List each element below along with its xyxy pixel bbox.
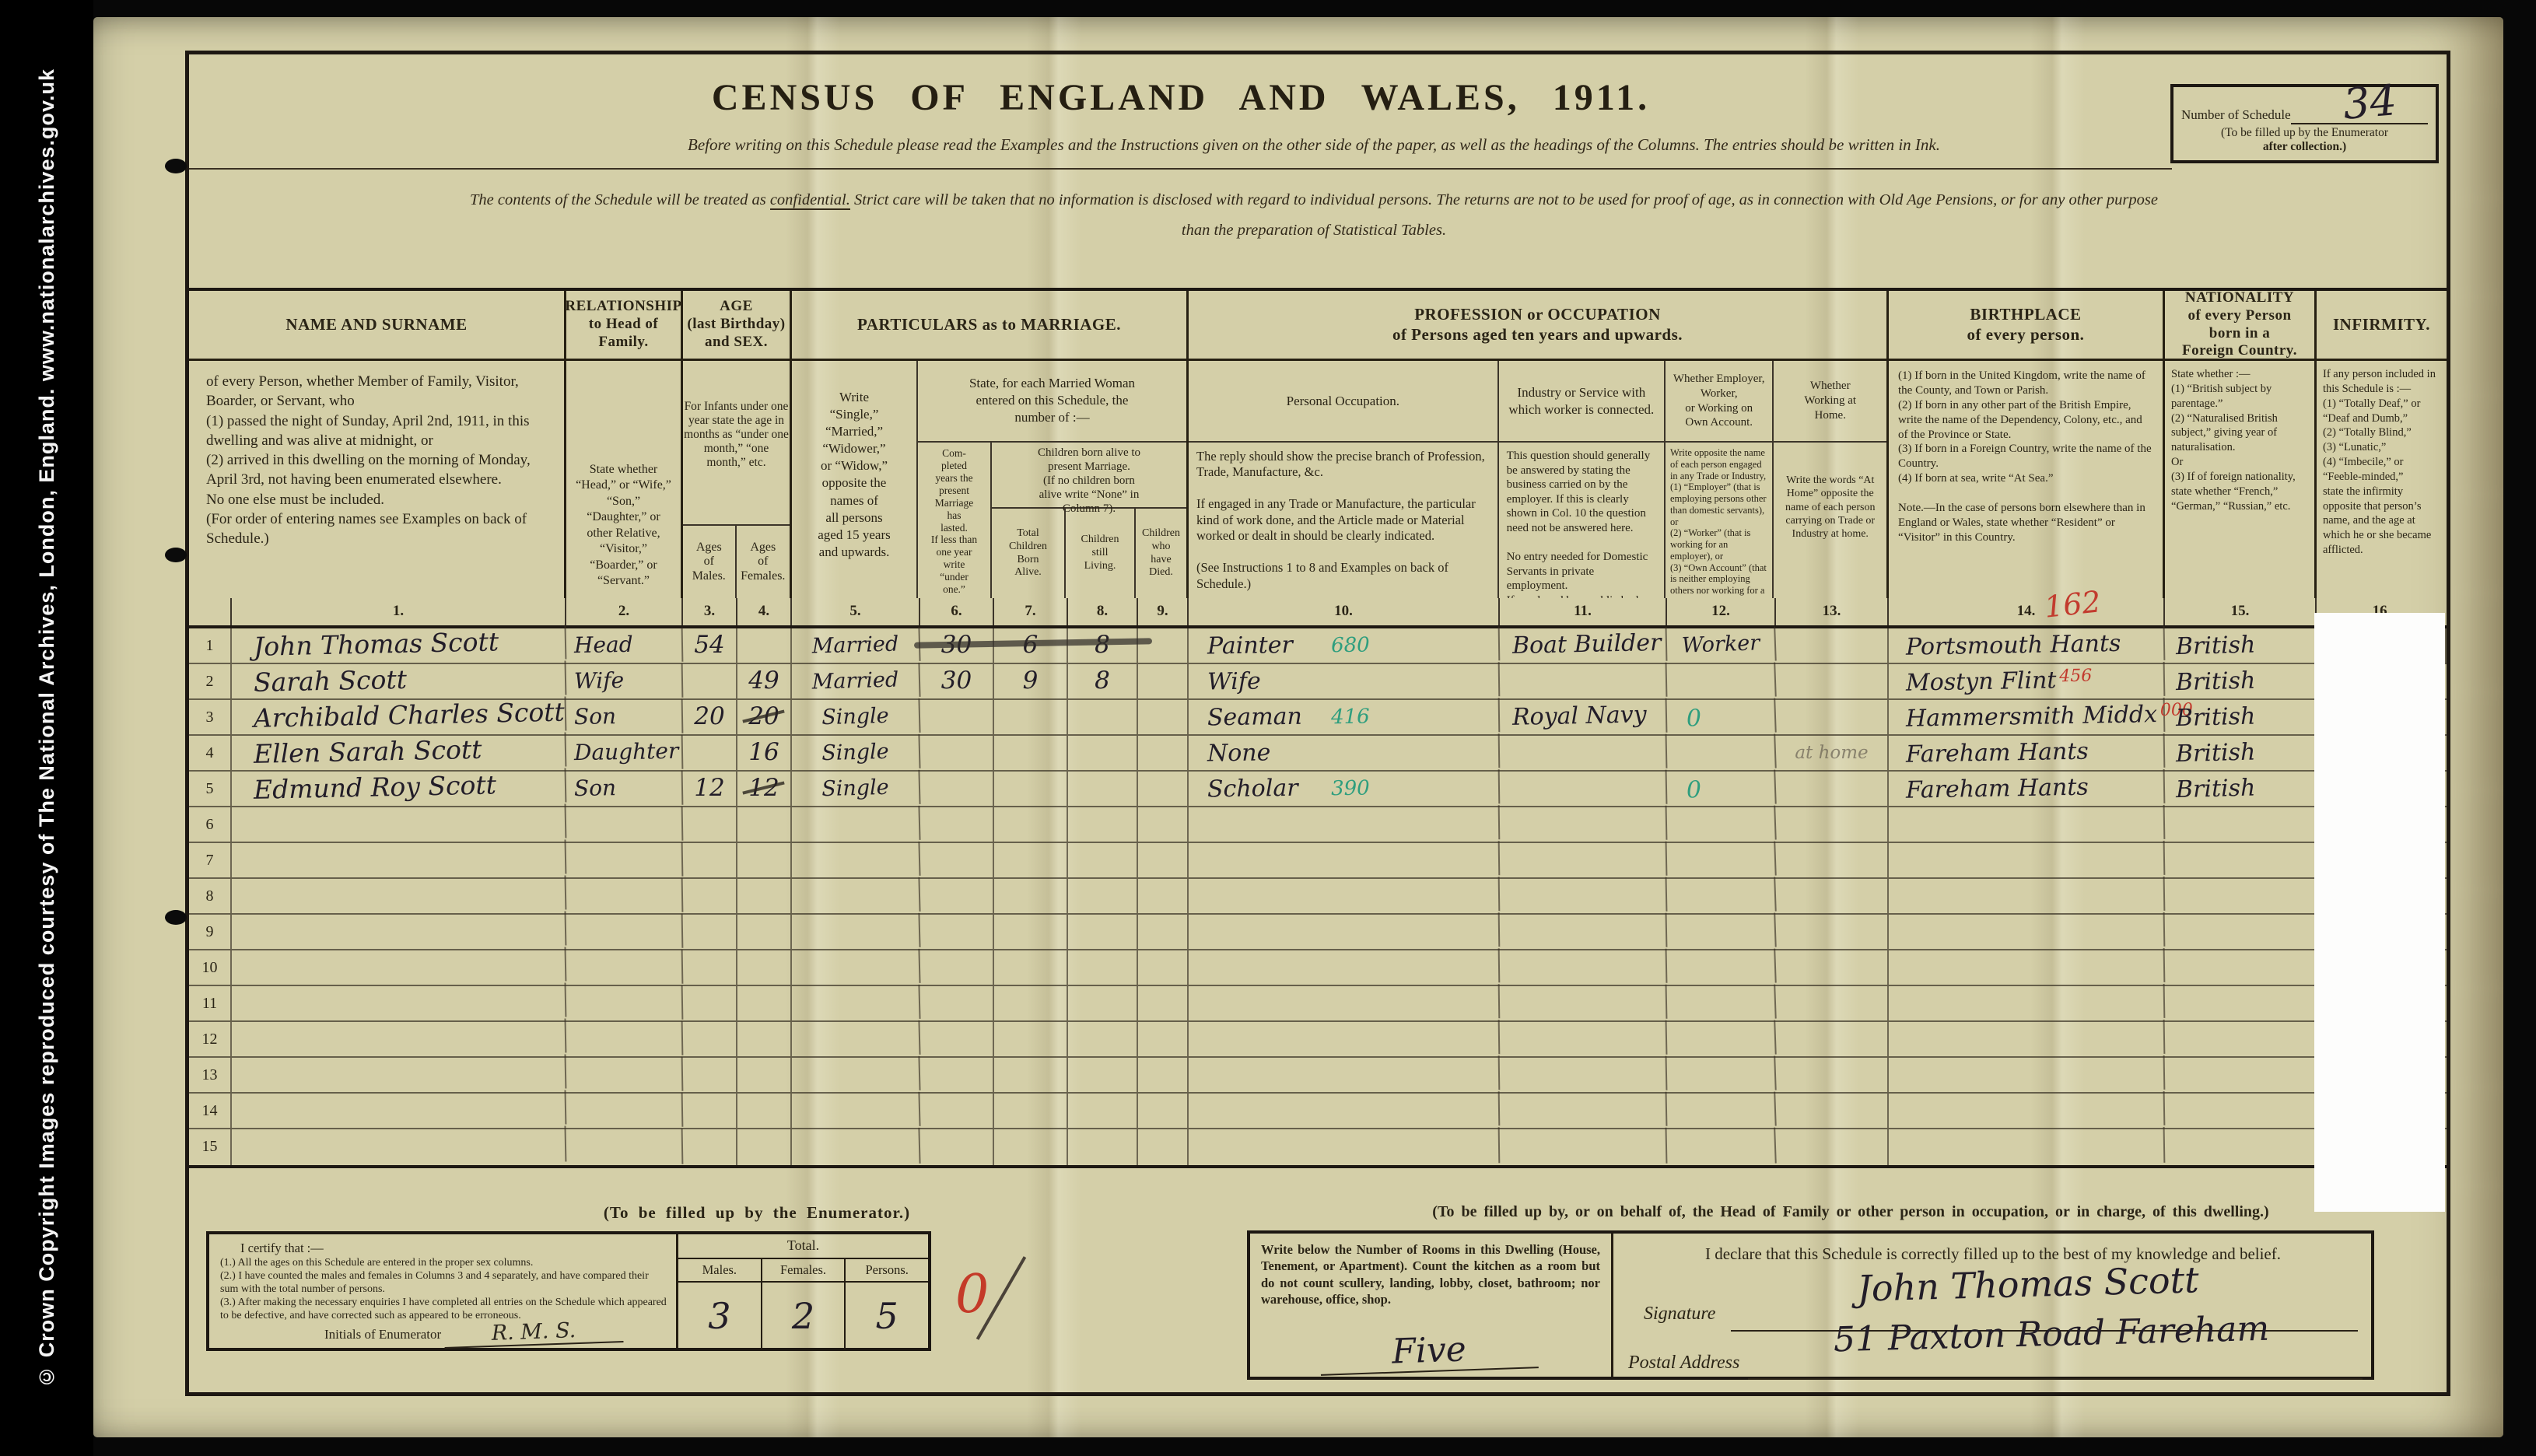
cell: None — [1189, 733, 1501, 772]
column-number: 10. — [1189, 598, 1500, 625]
column-title-relationship: RELATIONSHIP to Head of Family. — [566, 291, 681, 361]
table-row: 14 — [189, 1094, 2447, 1129]
cell: at home — [1776, 736, 1889, 770]
cell: 20 — [737, 700, 792, 734]
cell — [737, 1129, 792, 1165]
cell — [791, 1020, 920, 1058]
cell — [1889, 1127, 2166, 1167]
column-number — [189, 598, 232, 625]
cell — [2164, 805, 2317, 843]
cell: Archibald Charles Scott — [232, 697, 567, 738]
cell: Fareham Hants — [1889, 733, 2166, 772]
cell: British — [2164, 626, 2317, 664]
cell: Worker — [1666, 627, 1776, 665]
cell — [920, 807, 994, 842]
cell — [994, 879, 1068, 913]
punch-hole — [165, 159, 187, 173]
cell — [1889, 1091, 2166, 1130]
divider-rule — [189, 168, 2172, 170]
cell — [1068, 807, 1138, 842]
table-header: NAME AND SURNAME of every Person, whethe… — [189, 291, 2447, 598]
address-label: Postal Address — [1628, 1353, 1739, 1374]
cell — [1776, 915, 1889, 949]
cell: Edmund Roy Scott — [232, 768, 567, 810]
address-value: 51 Paxton Road Fareham — [1763, 1307, 2339, 1361]
cell — [1138, 915, 1189, 949]
cell — [737, 1058, 792, 1092]
green-code: 390 — [1331, 772, 1370, 806]
cell: 14 — [189, 1094, 232, 1128]
cell — [566, 1093, 684, 1129]
cell — [994, 736, 1068, 770]
instruction-line: Before writing on this Schedule please r… — [189, 135, 2439, 155]
cell — [566, 1021, 684, 1058]
cell — [791, 985, 920, 1022]
cell — [1068, 736, 1138, 770]
cell — [2164, 984, 2317, 1022]
confidential-post: Strict care will be taken that no inform… — [850, 191, 2158, 208]
cell — [683, 986, 737, 1020]
cell — [1776, 843, 1889, 877]
cell — [232, 1055, 567, 1096]
column-number: 15. — [2165, 598, 2317, 625]
cell: 2 — [189, 664, 232, 698]
cell — [994, 986, 1068, 1020]
cell — [737, 1094, 792, 1128]
column-desc-age-infants: For Infants under one year state the age… — [683, 361, 790, 526]
cell — [1776, 1129, 1889, 1165]
cell — [1666, 1128, 1777, 1167]
cell — [1068, 843, 1138, 877]
cell — [1189, 1020, 1501, 1059]
cell — [2164, 877, 2317, 915]
cell — [1189, 841, 1501, 880]
cell: 16 — [737, 736, 792, 770]
cell — [1889, 841, 2166, 880]
cell — [920, 950, 994, 985]
cell — [683, 664, 737, 698]
cell — [1068, 1094, 1138, 1128]
column-number: 8. — [1068, 598, 1138, 625]
red-code: 456 — [2059, 667, 2092, 687]
table-row: 8 — [189, 879, 2447, 915]
cell — [1666, 1020, 1776, 1059]
punch-hole — [165, 548, 187, 562]
column-title-birthplace: BIRTHPLACE of every person. — [1889, 291, 2163, 361]
cell — [1776, 1058, 1889, 1092]
cell — [1889, 1055, 2166, 1094]
cell — [566, 807, 684, 843]
cell — [994, 843, 1068, 877]
cell — [920, 1094, 994, 1128]
column-title-marriage: PARTICULARS as to MARRIAGE. — [792, 291, 1186, 361]
cell: Daughter — [566, 735, 684, 772]
cell — [1068, 950, 1138, 985]
column-label-industry: Industry or Service with which worker is… — [1499, 361, 1664, 443]
householder-section-heading: (To be filled up by, or on behalf of, th… — [1263, 1203, 2439, 1221]
cell: 13 — [189, 1058, 232, 1092]
signature-value: John Thomas Scott — [1747, 1256, 2308, 1313]
cell — [232, 1090, 567, 1132]
table-row: 4Ellen Sarah ScottDaughter16SingleNoneat… — [189, 736, 2447, 772]
females-value: 2 — [762, 1283, 845, 1349]
table-row: 13 — [189, 1058, 2447, 1094]
total-label: Total. — [678, 1234, 928, 1259]
cell — [1500, 985, 1668, 1022]
cell — [2164, 1127, 2317, 1167]
column-desc-infirmity: If any person included in this Schedule … — [2317, 361, 2447, 598]
cell — [1500, 770, 1668, 807]
cell — [1776, 664, 1889, 698]
cell — [1138, 1022, 1189, 1056]
cell: 12 — [189, 1022, 232, 1056]
cell — [566, 985, 684, 1022]
cell — [1776, 879, 1889, 913]
cell — [1138, 986, 1189, 1020]
cell — [232, 947, 567, 989]
green-zero: 0 — [1686, 774, 1702, 807]
column-number: 3. — [683, 598, 737, 625]
cell — [1776, 700, 1889, 734]
cell — [1776, 628, 1889, 663]
column-desc-marriage-years: Com- pleted years the present Marriage h… — [918, 443, 992, 598]
column-desc-nationality: State whether :— (1) “British subject by… — [2165, 361, 2314, 598]
cell: Son — [566, 699, 684, 736]
cell — [1776, 807, 1889, 842]
cell — [1068, 879, 1138, 913]
cell — [920, 1022, 994, 1056]
cell — [683, 736, 737, 770]
cell — [1068, 700, 1138, 734]
census-form-paper: CENSUS OF ENGLAND AND WALES, 1911. Befor… — [93, 17, 2503, 1437]
cell: Head — [566, 628, 684, 664]
column-title-age: AGE (last Birthday) and SEX. — [683, 291, 790, 361]
cell — [791, 806, 920, 843]
red-check-mark: 0 — [955, 1264, 989, 1325]
cell — [1189, 1091, 1501, 1130]
confidential-note: The contents of the Schedule will be tre… — [220, 185, 2408, 246]
red-enumerator-code: 162 — [2043, 584, 2103, 624]
column-label-ages-males: Ages of Males. — [683, 526, 737, 598]
column-title-infirmity: INFIRMITY. — [2317, 291, 2447, 361]
table-row: 10 — [189, 950, 2447, 986]
cell — [2164, 841, 2317, 879]
cell — [566, 1057, 684, 1094]
cell — [994, 1058, 1068, 1092]
column-number: 6. — [920, 598, 994, 625]
cell — [566, 950, 684, 986]
cell: Scholar390 — [1189, 769, 1501, 808]
cell — [683, 950, 737, 985]
cell — [566, 842, 684, 879]
cell — [1666, 877, 1776, 915]
table-row: 11 — [189, 986, 2447, 1022]
cell — [1138, 1129, 1189, 1165]
cell: 30 — [920, 664, 994, 698]
cell: 12 — [683, 772, 737, 806]
column-label-personal-occupation: Personal Occupation. — [1189, 361, 1497, 443]
cell — [1500, 734, 1668, 772]
cell: Boat Builder — [1500, 627, 1668, 664]
column-number: 12. — [1667, 598, 1776, 625]
cell — [791, 1128, 920, 1167]
cell: British — [2164, 698, 2317, 736]
cell — [920, 736, 994, 770]
cell — [1776, 1094, 1889, 1128]
cell: 6 — [189, 807, 232, 842]
cell — [1666, 734, 1776, 772]
cell — [232, 876, 567, 917]
cell — [2164, 1055, 2317, 1094]
cell — [1889, 984, 2166, 1023]
persons-value: 5 — [846, 1283, 928, 1349]
address-line — [1748, 1378, 2363, 1380]
cell — [1666, 949, 1776, 987]
cell: 0 — [1666, 698, 1776, 737]
cell — [994, 1094, 1068, 1128]
cell — [994, 1129, 1068, 1165]
cell — [1666, 842, 1776, 880]
schedule-number-label: Number of Schedule — [2181, 107, 2291, 124]
certify-items: (1.) All the ages on this Schedule are e… — [220, 1256, 668, 1322]
cell — [1500, 1056, 1668, 1094]
column-desc-marriage-write: Write “Single,” “Married,” “Widower,” or… — [792, 361, 918, 598]
certification-text: I certify that :— (1.) All the ages on t… — [209, 1234, 678, 1348]
schedule-number-line: 34 — [2291, 92, 2428, 124]
redaction-block — [2314, 613, 2445, 1212]
column-label-children-living: Children still Living. — [1066, 509, 1136, 598]
householder-box: Write below the Number of Rooms in this … — [1247, 1230, 2374, 1380]
cell: Married — [791, 663, 920, 700]
cell — [2164, 948, 2317, 986]
cell — [1138, 1094, 1189, 1128]
cell — [1068, 772, 1138, 806]
cell: Ellen Sarah Scott — [232, 733, 567, 774]
cell: 10 — [189, 950, 232, 985]
column-number: 7. — [994, 598, 1068, 625]
cell — [1889, 877, 2166, 915]
cell: 15 — [189, 1129, 232, 1165]
cell — [1189, 1127, 1501, 1167]
cell — [1189, 912, 1501, 951]
cell — [2164, 1020, 2317, 1058]
cell — [920, 1058, 994, 1092]
column-desc-name: of every Person, whether Member of Famil… — [189, 361, 564, 598]
table-row: 7 — [189, 843, 2447, 879]
column-title-name: NAME AND SURNAME — [189, 291, 564, 361]
cell — [1500, 1128, 1668, 1167]
cell — [1666, 806, 1776, 844]
cell — [920, 1129, 994, 1165]
column-number: 13. — [1776, 598, 1889, 625]
column-title-nationality: NATIONALITY of every Person born in a Fo… — [2165, 291, 2314, 361]
table-row: 6 — [189, 807, 2447, 843]
confidential-pre: The contents of the Schedule will be tre… — [470, 191, 770, 208]
cell — [232, 840, 567, 881]
cell — [683, 1129, 737, 1165]
cell — [1776, 986, 1889, 1020]
cell — [232, 1019, 567, 1060]
column-label-children-total: Total Children Born Alive. — [992, 509, 1066, 598]
cell — [1068, 986, 1138, 1020]
males-label: Males. — [678, 1259, 761, 1283]
cell — [683, 879, 737, 913]
column-desc-children-born: Children born alive to present Marriage.… — [992, 443, 1186, 509]
cell — [920, 879, 994, 913]
table-row: 15 — [189, 1129, 2447, 1165]
cell — [1666, 1056, 1776, 1094]
schedule-note-line1: (To be filled up by the Enumerator — [2221, 126, 2388, 139]
cell — [232, 804, 567, 845]
column-number: 1. — [232, 598, 566, 625]
cell — [683, 915, 737, 949]
cell — [994, 772, 1068, 806]
table-row: 9 — [189, 915, 2447, 950]
cell — [737, 843, 792, 877]
cell — [1776, 1022, 1889, 1056]
totals-table: Total. Males. 3 Females. 2 Persons. 5 — [676, 1234, 928, 1348]
cell — [1500, 806, 1668, 843]
cell — [920, 915, 994, 949]
cell — [1138, 879, 1189, 913]
cell — [994, 1022, 1068, 1056]
females-label: Females. — [762, 1259, 845, 1283]
cell — [791, 877, 920, 915]
cell — [791, 842, 920, 879]
cell: 8 — [1068, 628, 1138, 663]
cell — [1189, 984, 1501, 1023]
cell: Single — [791, 770, 920, 807]
cell — [994, 915, 1068, 949]
cell — [737, 1022, 792, 1056]
cell: 49 — [737, 664, 792, 698]
cell — [1500, 877, 1668, 915]
table-row: 1John Thomas ScottHead54Married3068Paint… — [189, 628, 2447, 664]
cell — [683, 1058, 737, 1092]
cell: 9 — [994, 664, 1068, 698]
cell — [737, 915, 792, 949]
initials-label: Initials of Enumerator — [324, 1327, 441, 1342]
table-row: 12 — [189, 1022, 2447, 1058]
cell — [920, 843, 994, 877]
schedule-number-box: Number of Schedule 34 (To be filled up b… — [2170, 84, 2439, 163]
cell — [1889, 805, 2166, 844]
cell: Fareham Hants — [1889, 769, 2166, 808]
cell — [1138, 772, 1189, 806]
cell: 8 — [189, 879, 232, 913]
cell: Sarah Scott — [232, 661, 567, 702]
cell — [1189, 948, 1501, 987]
cell — [1776, 950, 1889, 985]
cell — [1500, 1020, 1668, 1058]
column-desc-relationship: State whether “Head,” or “Wife,” “Son,” … — [566, 361, 681, 598]
column-label-working-at-home: Whether Working at Home. — [1774, 361, 1886, 443]
column-label-ages-females: Ages of Females. — [737, 526, 790, 598]
green-code: 680 — [1331, 629, 1370, 663]
cell — [2164, 912, 2317, 950]
enumerator-box: I certify that :— (1.) All the ages on t… — [206, 1231, 931, 1351]
cell: Wife — [566, 663, 684, 700]
cell: 12 — [737, 772, 792, 806]
cell — [683, 807, 737, 842]
cell: Hammersmith Middx000 — [1889, 698, 2166, 737]
cell — [737, 628, 792, 663]
cell: Wife — [1189, 662, 1501, 701]
rooms-instruction: Write below the Number of Rooms in this … — [1250, 1234, 1613, 1377]
cell: 20 — [683, 700, 737, 734]
cell — [566, 914, 684, 950]
cell: Single — [791, 734, 920, 772]
table-body: 1John Thomas ScottHead54Married3068Paint… — [189, 628, 2447, 1168]
cell: 1 — [189, 628, 232, 663]
copyright-sidebar: © Crown Copyright Images reproduced cour… — [0, 0, 93, 1456]
cell — [1500, 949, 1668, 986]
confidential-word: confidential. — [770, 191, 850, 210]
initials-value: R. M. S. — [444, 1317, 624, 1349]
cell: Son — [566, 771, 684, 807]
cell: Mostyn Flint456 — [1889, 662, 2166, 701]
cell — [737, 986, 792, 1020]
column-label-children-died: Children who have Died. — [1136, 509, 1186, 598]
cell: 54 — [683, 628, 737, 663]
cell: Royal Navy — [1500, 698, 1668, 736]
signature-label: Signature — [1644, 1304, 1715, 1325]
cell — [1500, 913, 1668, 950]
cell — [683, 843, 737, 877]
cell: 3 — [189, 700, 232, 734]
cell — [1776, 772, 1889, 806]
cell — [1500, 1092, 1668, 1129]
cell — [1068, 915, 1138, 949]
cell — [1068, 1129, 1138, 1165]
cell — [920, 700, 994, 734]
cell — [737, 950, 792, 985]
column-desc-employer-worker: Write opposite the name of each person e… — [1666, 443, 1773, 598]
green-zero: 0 — [1686, 702, 1702, 736]
cell: 7 — [189, 843, 232, 877]
census-table: NAME AND SURNAME of every Person, whethe… — [189, 288, 2447, 1162]
certify-intro: I certify that :— — [240, 1241, 668, 1256]
column-label-employer-worker: Whether Employer, Worker, or Working on … — [1666, 361, 1773, 443]
green-code: 416 — [1331, 701, 1370, 734]
table-row: 5Edmund Roy ScottSon1212SingleScholar390… — [189, 772, 2447, 807]
cell — [994, 807, 1068, 842]
cell — [1889, 1020, 2166, 1059]
cell — [791, 913, 920, 950]
cell — [1138, 950, 1189, 985]
cell — [232, 912, 567, 953]
males-value: 3 — [678, 1283, 761, 1349]
column-title-profession: PROFESSION or OCCUPATION of Persons aged… — [1189, 291, 1886, 361]
cell — [683, 1022, 737, 1056]
cell — [1138, 807, 1189, 842]
copyright-text: © Crown Copyright Images reproduced cour… — [35, 68, 59, 1388]
rooms-text: Write below the Number of Rooms in this … — [1261, 1241, 1600, 1308]
cell: British — [2164, 662, 2317, 700]
cell: Portsmouth Hants — [1889, 626, 2166, 665]
cell — [994, 950, 1068, 985]
cell — [1666, 913, 1776, 951]
column-number: 14. — [1889, 598, 2165, 625]
cell — [791, 949, 920, 986]
cell — [1500, 663, 1668, 700]
column-number: 2. — [566, 598, 683, 625]
cell — [566, 1129, 684, 1167]
cell: British — [2164, 769, 2317, 807]
confidential-line2: than the preparation of Statistical Tabl… — [1182, 222, 1446, 239]
cell — [1889, 912, 2166, 951]
cell — [1189, 877, 1501, 915]
